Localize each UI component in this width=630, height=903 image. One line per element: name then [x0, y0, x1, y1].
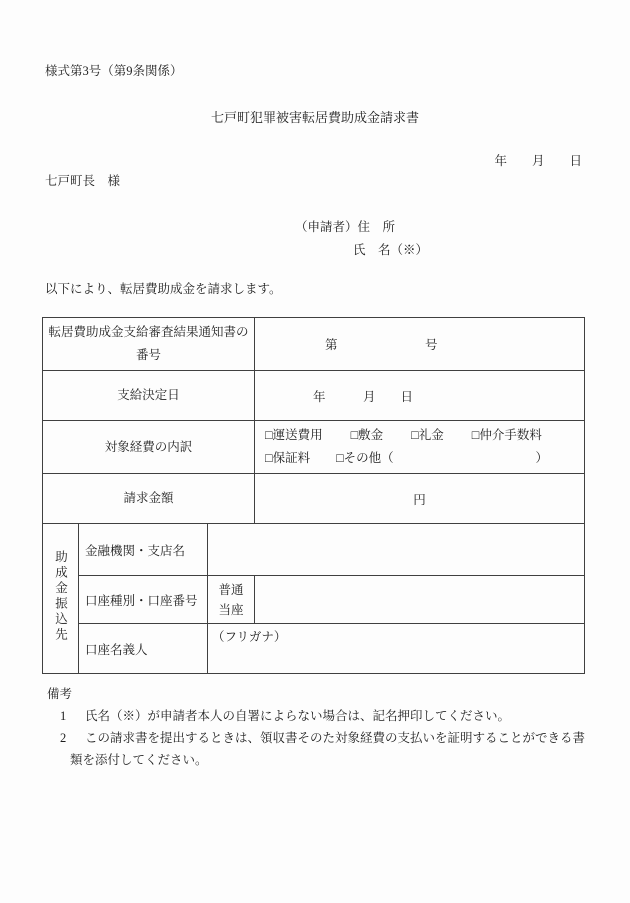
amount-value-cell: 円	[255, 474, 585, 524]
document-page: 様式第3号（第9条関係） 七戸町犯罪被害転居費助成金請求書 年 月 日 七戸町長…	[0, 0, 630, 903]
checkbox-label: 保証料	[273, 451, 311, 465]
holder-field-cell: （フリガナ）	[208, 624, 585, 674]
checkbox-label: 仲介手数料	[479, 428, 542, 442]
applicant-address-label: 住 所	[358, 220, 396, 234]
remark-text: この請求書を提出するときは、領収書そのた対象経費の支払いを証明することができる書…	[70, 731, 585, 767]
table-row-decision-date: 支給決定日 年 月 日	[43, 371, 585, 421]
remark-number: 1	[60, 705, 85, 727]
checkbox-item-key-money: □礼金	[411, 424, 444, 447]
expenses-line-2: □保証料 □その他（ ）	[265, 447, 584, 470]
notice-number-label-line1: 転居費助成金支給審査結果通知書の	[43, 321, 254, 344]
date-line: 年 月 日	[494, 151, 582, 169]
checkbox-item-agent-fee: □仲介手数料	[472, 424, 542, 447]
other-close-paren: ）	[535, 447, 548, 470]
notice-number-value-cell: 第 号	[255, 318, 585, 371]
bank-label-cell: 金融機関・支店名	[79, 524, 208, 576]
decision-date-value: 年 月 日	[313, 390, 413, 404]
remark-item-1: 1氏名（※）が申請者本人の自署によらない場合は、記名押印してください。	[70, 705, 589, 727]
table-row-notice-number: 転居費助成金支給審査結果通知書の 番号 第 号	[43, 318, 585, 371]
page-title: 七戸町犯罪被害転居費助成金請求書	[0, 107, 630, 126]
table-row-account: 口座種別・口座番号 普通 当座	[43, 576, 585, 624]
notice-number-value: 第 号	[325, 338, 438, 352]
table-row-expenses: 対象経費の内訳 □運送費用 □敷金 □礼金 □仲介手数料 □保証料 □その他（ …	[43, 421, 585, 474]
checkbox-label: その他（	[344, 451, 394, 465]
expenses-value-cell: □運送費用 □敷金 □礼金 □仲介手数料 □保証料 □その他（ ）	[255, 421, 585, 474]
amount-label-cell: 請求金額	[43, 474, 255, 524]
decision-date-value-cell: 年 月 日	[255, 371, 585, 421]
notice-number-label-line2: 番号	[43, 344, 254, 367]
table-row-amount: 請求金額 円	[43, 474, 585, 524]
transfer-vertical-label: 助成金振込先	[52, 550, 70, 643]
checkbox-label: 運送費用	[273, 428, 323, 442]
checkbox-item-deposit: □敷金	[351, 424, 384, 447]
remarks-section: 備考 1氏名（※）が申請者本人の自署によらない場合は、記名押印してください。 2…	[47, 683, 589, 771]
account-number-field-cell	[255, 576, 585, 624]
expenses-label-cell: 対象経費の内訳	[43, 421, 255, 474]
applicant-prefix: （申請者）	[295, 220, 358, 234]
checkbox-item-guarantee-fee: □保証料	[265, 447, 310, 470]
remark-text: 氏名（※）が申請者本人の自署によらない場合は、記名押印してください。	[85, 709, 510, 723]
request-form-table: 転居費助成金支給審査結果通知書の 番号 第 号 支給決定日 年 月 日 対象経費…	[42, 317, 585, 674]
checkbox-icon: □	[411, 428, 419, 442]
account-type-toza: 当座	[208, 600, 254, 620]
checkbox-label: 敷金	[358, 428, 383, 442]
checkbox-icon: □	[336, 451, 344, 465]
holder-label-cell: 口座名義人	[79, 624, 208, 674]
decision-date-label-cell: 支給決定日	[43, 371, 255, 421]
transfer-vertical-label-cell: 助成金振込先	[43, 524, 79, 674]
checkbox-item-moving-cost: □運送費用	[265, 424, 323, 447]
applicant-name-line: 氏 名（※）	[353, 240, 428, 258]
account-type-cell: 普通 当座	[208, 576, 255, 624]
account-label-cell: 口座種別・口座番号	[79, 576, 208, 624]
checkbox-item-other: □その他（	[336, 447, 394, 470]
remarks-heading: 備考	[47, 683, 589, 705]
account-type-futsu: 普通	[208, 580, 254, 600]
remark-number: 2	[60, 727, 85, 749]
expenses-line-1: □運送費用 □敷金 □礼金 □仲介手数料	[265, 424, 584, 447]
checkbox-label: 礼金	[419, 428, 444, 442]
checkbox-icon: □	[265, 451, 273, 465]
checkbox-icon: □	[265, 428, 273, 442]
table-row-bank: 助成金振込先 金融機関・支店名	[43, 524, 585, 576]
notice-number-label-cell: 転居費助成金支給審査結果通知書の 番号	[43, 318, 255, 371]
remark-item-2: 2この請求書を提出するときは、領収書そのた対象経費の支払いを証明することができる…	[70, 727, 589, 771]
bank-name-field-cell	[208, 524, 585, 576]
addressee: 七戸町長 様	[45, 171, 120, 189]
intro-sentence: 以下により、転居費助成金を請求します。	[45, 279, 282, 297]
table-row-holder: 口座名義人 （フリガナ）	[43, 624, 585, 674]
applicant-address-line: （申請者）住 所	[295, 217, 395, 235]
form-number: 様式第3号（第9条関係）	[45, 61, 183, 79]
